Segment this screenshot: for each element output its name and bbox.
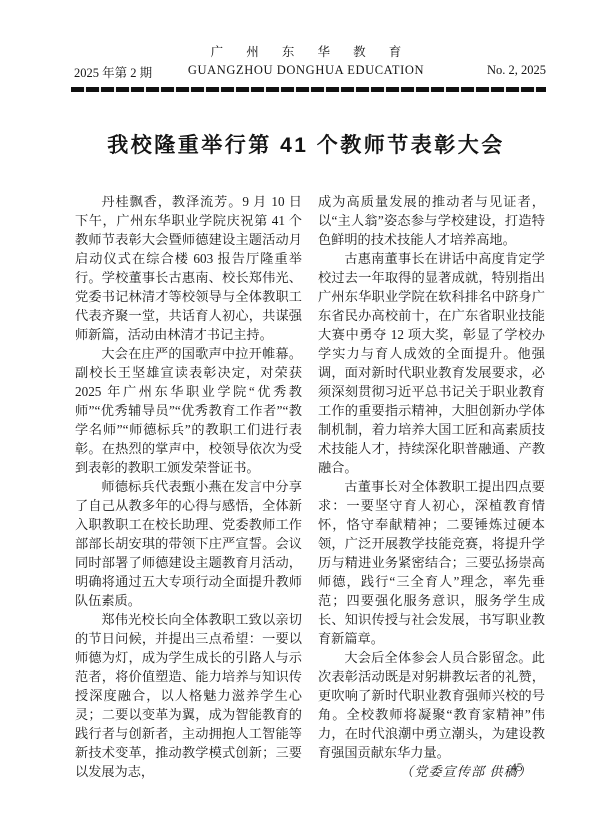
journal-page: 广 州 东 华 教 育 2025 年第 2 期 GUANGZHOU DONGHU… bbox=[0, 0, 612, 839]
header-dashed-rule bbox=[71, 87, 546, 92]
article-title: 我校隆重举行第 41 个教师节表彰大会 bbox=[0, 129, 612, 159]
right-column: 成为高质量发展的推动者与见证者，以“主人翁”姿态参与学校建设，打造特色鲜明的技术… bbox=[318, 192, 545, 781]
journal-title-chinese: 广 州 东 华 教 育 bbox=[0, 0, 612, 60]
paragraph: 古董事长对全体教职工提出四点要求：一要坚守育人初心，深植教育情怀，恪守奉献精神；… bbox=[318, 477, 545, 648]
paragraph: 古惠南董事长在讲话中高度肯定学校过去一年取得的显著成就，特别指出广州东华职业学院… bbox=[318, 249, 545, 477]
issue-label-english: No. 2, 2025 bbox=[487, 63, 546, 78]
paragraph: 大会在庄严的国歌声中拉开帷幕。副校长王坚雄宣读表彰决定，对荣获 2025 年广州… bbox=[75, 344, 302, 477]
paragraph: 师德标兵代表甄小燕在发言中分享了自己从教多年的心得与感悟，全体新入职教职工在校长… bbox=[75, 477, 302, 610]
masthead-row: 2025 年第 2 期 GUANGZHOU DONGHUA EDUCATION … bbox=[0, 63, 612, 80]
paragraph: 郑伟光校长向全体教职工致以亲切的节日问候，并提出三点希望：一要以师德为灯，成为学… bbox=[75, 610, 302, 781]
article-body: 丹桂飘香，教泽流芳。9 月 10 日下午，广州东华职业学院庆祝第 41 个教师节… bbox=[75, 192, 545, 781]
paragraph-continuation: 成为高质量发展的推动者与见证者，以“主人翁”姿态参与学校建设，打造特色鲜明的技术… bbox=[318, 192, 545, 249]
journal-header: 广 州 东 华 教 育 2025 年第 2 期 GUANGZHOU DONGHU… bbox=[0, 0, 612, 92]
page-number: 45 bbox=[511, 762, 523, 774]
paragraph: 丹桂飘香，教泽流芳。9 月 10 日下午，广州东华职业学院庆祝第 41 个教师节… bbox=[75, 192, 302, 344]
paragraph: 大会后全体参会人员合影留念。此次表彰活动既是对躬耕教坛者的礼赞，更吹响了新时代职… bbox=[318, 648, 545, 762]
left-column: 丹桂飘香，教泽流芳。9 月 10 日下午，广州东华职业学院庆祝第 41 个教师节… bbox=[75, 192, 302, 781]
